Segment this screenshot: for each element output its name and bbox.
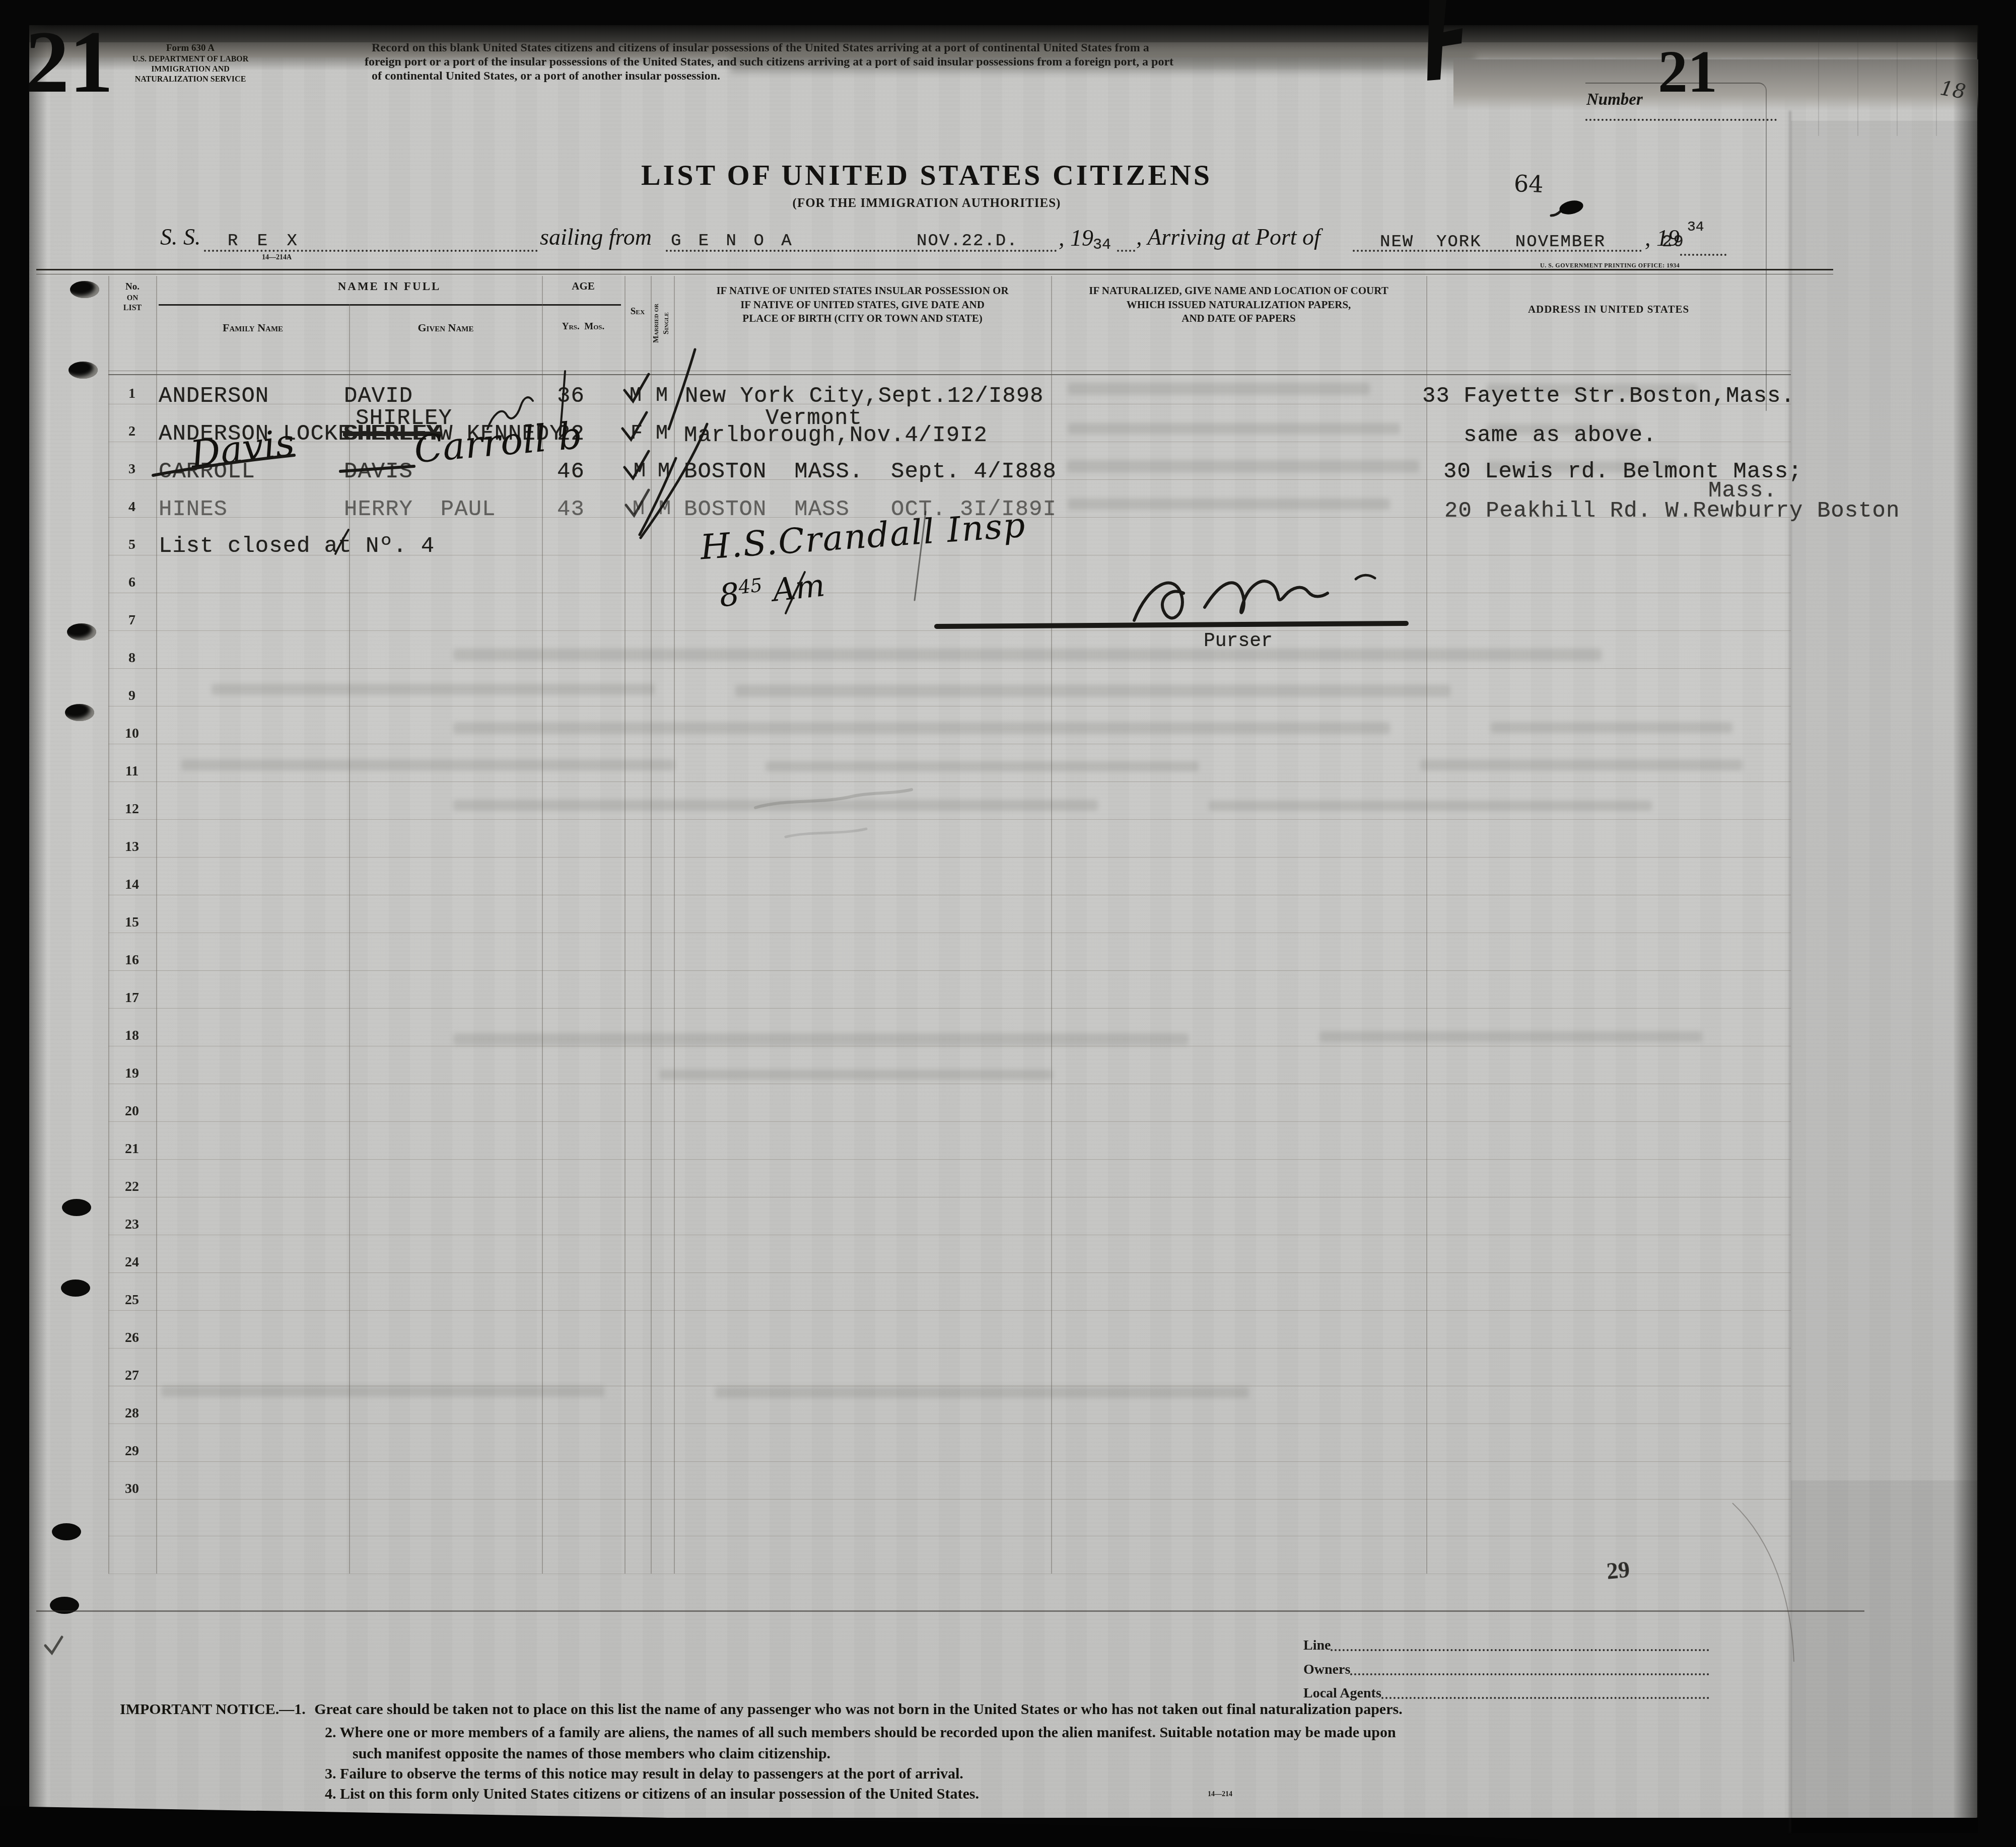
- column-line: [1426, 276, 1427, 1574]
- row-number-29: 29: [108, 1443, 156, 1459]
- entry-1-married: M: [656, 385, 668, 407]
- ship-name: R E X: [228, 232, 302, 251]
- row-rule: [108, 1084, 1791, 1084]
- row-number-21: 21: [108, 1141, 156, 1157]
- gpo-imprint: U. S. GOVERNMENT PRINTING OFFICE: 1934: [1540, 262, 1680, 269]
- leader-line: [1381, 1697, 1709, 1699]
- row-number-16: 16: [108, 952, 156, 968]
- leader-line: [1117, 248, 1135, 252]
- bleed-through: [1068, 383, 1370, 395]
- left-edge-shadow: [29, 25, 47, 1818]
- entry-3-birth: BOSTON MASS. Sept. 4/I888: [684, 459, 1057, 484]
- under-sheet-rule: [1897, 30, 1898, 136]
- row-rule: [108, 895, 1791, 895]
- row-number-13: 13: [108, 839, 156, 855]
- entry-3-given-struck: DAVIS: [344, 459, 413, 484]
- arriving-label: , Arriving at Port of: [1136, 224, 1320, 250]
- under-sheet-rule: [1936, 30, 1937, 136]
- entry-4-sex: M: [633, 498, 645, 521]
- column-line: [624, 276, 625, 1574]
- entry-4-age: 43: [557, 497, 585, 522]
- entry-1-birth: New York City,Sept.12/I898: [685, 384, 1044, 409]
- hole-punch: [68, 362, 98, 379]
- bleed-through: [212, 684, 655, 695]
- row-rule: [108, 1499, 1791, 1500]
- departure-year-typed: 34: [1093, 237, 1111, 254]
- number-value: 21: [1658, 42, 1717, 102]
- row-number-15: 15: [108, 914, 156, 931]
- bleed-through: [660, 1070, 1053, 1080]
- instruction-line: of continental United States, or a port …: [372, 69, 720, 83]
- list-closed-note: List closed at Nº. 4: [159, 534, 435, 559]
- row-number-30: 30: [108, 1481, 156, 1497]
- row-rule: [108, 1424, 1791, 1424]
- row-rule: [108, 630, 1791, 631]
- col-header-birth: PLACE OF BIRTH (CITY OR TOWN AND STATE): [674, 312, 1051, 326]
- leader-line: [1331, 1649, 1709, 1651]
- table-top-rule: [36, 274, 1833, 274]
- row-number-8: 8: [108, 650, 156, 666]
- table-bottom-rule: [36, 1610, 1864, 1612]
- entry-1-age: 36: [557, 384, 585, 409]
- agency-line: IMMIGRATION AND: [126, 64, 255, 75]
- agency-line: NATURALIZATION SERVICE: [126, 75, 255, 85]
- hole-punch: [67, 623, 96, 641]
- row-number-4: 4: [108, 499, 156, 515]
- col-header-birth: IF NATIVE OF UNITED STATES, GIVE DATE AN…: [674, 298, 1051, 312]
- row-number-14: 14: [108, 877, 156, 893]
- col-header-naturalization: AND DATE OF PAPERS: [1051, 312, 1426, 326]
- row-rule: [108, 1121, 1791, 1122]
- ss-label: S. S.: [160, 224, 201, 250]
- under-sheet-rule: [1857, 30, 1858, 136]
- page-subtitle: (FOR THE IMMIGRATION AUTHORITIES): [599, 196, 1254, 210]
- entry-4-married: M: [659, 498, 671, 521]
- row-rule: [108, 1046, 1791, 1046]
- bleed-through: [715, 1387, 1249, 1398]
- entry-2-sex: F: [631, 422, 643, 445]
- leader-line: [1680, 252, 1726, 256]
- bleed-through: [1068, 423, 1400, 434]
- plate-number-bottom: 14—214: [1208, 1791, 1232, 1799]
- row-rule: [108, 1159, 1791, 1160]
- row-rule: [108, 1272, 1791, 1273]
- col-header-married: Married or: [651, 266, 661, 381]
- arrival-port-date: NEW YORK NOVEMBER 29: [1380, 233, 1685, 252]
- bleed-through: [181, 759, 675, 770]
- row-number-10: 10: [108, 726, 156, 742]
- col-header-no: ON: [108, 294, 157, 304]
- col-header-sex: Sex: [623, 306, 652, 317]
- instruction-line: Record on this blank United States citiz…: [372, 41, 1149, 55]
- header-bottom-rule: [108, 374, 1791, 375]
- notice-item-2: 2. Where one or more members of a family…: [325, 1724, 1396, 1741]
- notice-item-4: 4. List on this form only United States …: [325, 1786, 979, 1803]
- column-line: [349, 304, 350, 1574]
- purser-label: Purser: [1204, 630, 1273, 652]
- plate-number-top: 14—214A: [262, 254, 292, 262]
- col-header-yrs-mos: Yrs. Mos.: [542, 321, 624, 332]
- entry-4-given: HERRY PAUL: [344, 497, 496, 522]
- row-number-25: 25: [108, 1292, 156, 1308]
- row-rule: [108, 782, 1791, 782]
- entry-2-married: M: [656, 422, 668, 445]
- col-header-given: Given Name: [350, 321, 542, 334]
- row-number-2: 2: [108, 423, 156, 440]
- leader-line: [1350, 1673, 1709, 1675]
- entry-2-birth: Marlborough,Nov.4/I9I2: [684, 423, 988, 448]
- row-number-17: 17: [108, 990, 156, 1006]
- hole-punch: [70, 281, 99, 298]
- page-number-watermark: 21: [25, 18, 113, 106]
- bleed-through: [1067, 460, 1419, 472]
- column-line: [156, 276, 157, 1574]
- local-agents-label: Local Agents: [1303, 1685, 1381, 1701]
- bleed-through: [453, 800, 1098, 811]
- entry-1-given: DAVID: [344, 384, 413, 409]
- row-number-27: 27: [108, 1368, 156, 1384]
- bleed-through: [453, 649, 1602, 661]
- bleed-through: [735, 685, 1450, 697]
- column-line: [651, 276, 652, 1574]
- number-dotted-line: [1585, 117, 1777, 121]
- row-rule: [108, 706, 1791, 706]
- hole-punch: [65, 704, 94, 721]
- row-number-18: 18: [108, 1028, 156, 1044]
- page-title: LIST OF UNITED STATES CITIZENS: [599, 158, 1254, 192]
- scanned-manifest-page: 21 Form 630 A U.S. DEPARTMENT OF LABOR I…: [0, 0, 2016, 1847]
- bleed-through: [1209, 801, 1652, 811]
- agency-line: U.S. DEPARTMENT OF LABOR: [126, 54, 255, 64]
- departure-date: NOV.22.D.: [917, 232, 1018, 251]
- col-header-age: AGE: [542, 280, 624, 293]
- extra-rule: [108, 1536, 1791, 1536]
- form-id: Form 630 A: [126, 42, 255, 54]
- bleed-through: [453, 722, 1390, 734]
- name-column-underline: [159, 304, 621, 306]
- entry-4-address: 20 Peakhill Rd. W.Rewburry Boston: [1444, 499, 1900, 524]
- row-number-9: 9: [108, 688, 156, 704]
- time-minutes: 45: [737, 574, 763, 598]
- row-number-1: 1: [108, 386, 156, 402]
- col-header-married: Single: [661, 266, 671, 381]
- row-number-11: 11: [108, 763, 156, 779]
- owners-label: Owners: [1303, 1662, 1350, 1678]
- entry-2-address: same as above.: [1464, 423, 1657, 448]
- arrival-year-printed: , 19: [1645, 225, 1680, 251]
- notice-item-3: 3. Failure to observe the terms of this …: [325, 1765, 963, 1783]
- row-rule: [108, 1348, 1791, 1348]
- col-header-no: LIST: [108, 303, 157, 314]
- entry-1-address: 33 Fayette Str.Boston,Mass.: [1422, 384, 1795, 409]
- sheet-fold-edge: [1789, 111, 1791, 1833]
- row-rule: [108, 1235, 1791, 1235]
- row-number-23: 23: [108, 1217, 156, 1233]
- hole-punch: [62, 1199, 91, 1216]
- entry-3-married: M: [658, 460, 670, 483]
- time-meridiem: Am: [761, 566, 826, 609]
- row-rule: [108, 819, 1791, 820]
- column-line: [542, 276, 543, 1574]
- bleed-through: [1319, 1031, 1702, 1042]
- header-bottom-rule: [108, 371, 1791, 371]
- row-rule: [108, 970, 1791, 971]
- hole-punch: [61, 1280, 90, 1297]
- col-header-family: Family Name: [156, 321, 350, 334]
- row-number-7: 7: [108, 612, 156, 628]
- entry-3-sex: M: [634, 460, 646, 483]
- extra-rule: [108, 1574, 1791, 1574]
- entry-3-age: 46: [557, 459, 585, 484]
- departure-year-printed: , 19: [1059, 225, 1093, 251]
- row-rule: [108, 668, 1791, 669]
- departure-port: G E N O A: [671, 232, 795, 251]
- row-number-22: 22: [108, 1179, 156, 1195]
- notice-heading: IMPORTANT NOTICE.—1.: [120, 1701, 306, 1718]
- column-line: [674, 276, 675, 1574]
- col-header-naturalization: IF NATURALIZED, GIVE NAME AND LOCATION O…: [1051, 284, 1426, 298]
- row-rule: [108, 1310, 1791, 1311]
- bleed-through: [453, 1033, 1189, 1045]
- row-number-3: 3: [108, 461, 156, 477]
- under-sheet-rule: [1818, 30, 1819, 136]
- instruction-line: foreign port or a port of the insular po…: [365, 55, 1173, 69]
- row-rule: [108, 593, 1791, 593]
- row-rule: [108, 857, 1791, 858]
- handwritten-18: 18: [1938, 77, 1967, 104]
- handwritten-64: 64: [1513, 170, 1544, 198]
- table-top-rule: [36, 269, 1833, 270]
- col-header-address: ADDRESS IN UNITED STATES: [1426, 303, 1791, 316]
- bleed-through: [161, 1386, 604, 1397]
- row-number-6: 6: [108, 575, 156, 591]
- entry-4-family: HINES: [159, 497, 228, 522]
- bleed-through: [1491, 722, 1732, 733]
- col-header-naturalization: WHICH ISSUED NATURALIZATION PAPERS,: [1051, 298, 1426, 312]
- row-rule: [108, 1197, 1791, 1197]
- number-label: Number: [1586, 91, 1643, 109]
- row-rule: [108, 933, 1791, 933]
- row-rule: [108, 1008, 1791, 1009]
- row-number-12: 12: [108, 801, 156, 817]
- col-header-no: No.: [108, 281, 157, 294]
- entry-1-family: ANDERSON: [159, 384, 269, 409]
- sailing-from-label: sailing from: [540, 224, 652, 250]
- row-number-5: 5: [108, 537, 156, 553]
- row-number-24: 24: [108, 1254, 156, 1270]
- row-number-26: 26: [108, 1330, 156, 1346]
- stamp-29: 29: [1606, 1556, 1631, 1585]
- row-number-19: 19: [108, 1065, 156, 1082]
- line-label: Line: [1303, 1638, 1331, 1654]
- bleed-through: [1068, 499, 1390, 510]
- arrival-year-typed: 34: [1687, 220, 1704, 235]
- notice-item-1: Great care should be taken not to place …: [314, 1701, 1402, 1718]
- col-header-birth: IF NATIVE OF UNITED STATES INSULAR POSSE…: [674, 284, 1051, 298]
- entry-1-sex: M: [630, 385, 642, 407]
- row-rule: [108, 744, 1791, 744]
- bleed-through: [1420, 759, 1743, 770]
- row-rule: [108, 1461, 1791, 1462]
- row-number-20: 20: [108, 1103, 156, 1119]
- notice-item-2-cont: such manifest opposite the names of thos…: [353, 1745, 830, 1762]
- row-number-28: 28: [108, 1405, 156, 1422]
- bleed-through: [766, 761, 1199, 771]
- under-sheet-strip: [1791, 1480, 1978, 1833]
- hole-punch: [52, 1523, 81, 1540]
